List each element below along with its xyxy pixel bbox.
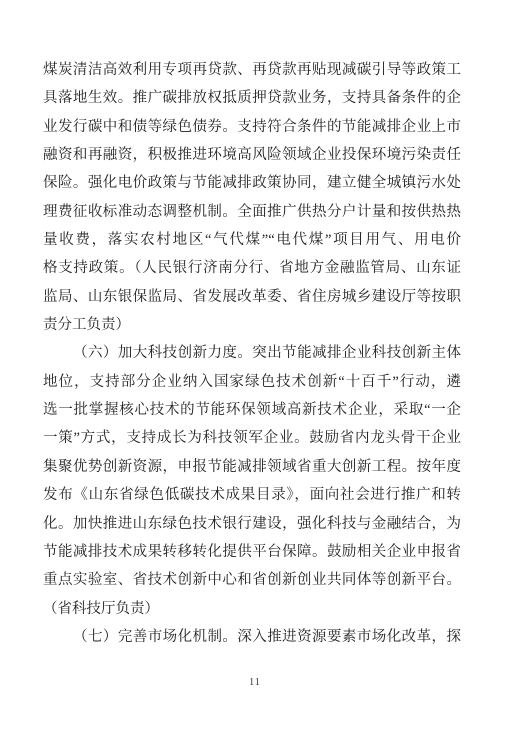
text-line: 监局、山东银保监局、省发展改革委、省住房城乡建设厅等按职 — [43, 283, 461, 311]
text-line: 保险。强化电价政策与节能减排政策协同，建立健全城镇污水处 — [43, 169, 461, 197]
text-line: 业发行碳中和债等绿色债券。支持符合条件的节能减排企业上市 — [43, 113, 461, 141]
text-line: 节能减排技术成果转移转化提供平台保障。鼓励相关企业申报省 — [43, 538, 461, 566]
page-number: 11 — [0, 677, 510, 688]
text-line: 融资和再融资，积极推进环境高风险领域企业投保环境污染责任 — [43, 141, 461, 169]
text-line: 格支持政策。（人民银行济南分行、省地方金融监管局、山东证 — [43, 254, 461, 282]
text-line: （六）加大科技创新力度。突出节能减排企业科技创新主体 — [43, 339, 461, 367]
text-line: 发布《山东省绿色低碳技术成果目录》，面向社会进行推广和转 — [43, 481, 461, 509]
text-line: 化。加快推进山东绿色技术银行建设，强化科技与金融结合，为 — [43, 510, 461, 538]
text-line: 集聚优势创新资源，申报节能减排领域省重大创新工程。按年度 — [43, 453, 461, 481]
text-line: 选一批掌握核心技术的节能环保领域高新技术企业，采取“一企 — [43, 396, 461, 424]
document-body: 煤炭清洁高效利用专项再贷款、再贷款再贴现减碳引导等政策工具落地生效。推广碳排放权… — [43, 56, 461, 651]
text-line: （七）完善市场化机制。深入推进资源要素市场化改革，探 — [43, 623, 461, 651]
text-line: 重点实验室、省技术创新中心和省创新创业共同体等创新平台。 — [43, 566, 461, 594]
text-line: 煤炭清洁高效利用专项再贷款、再贷款再贴现减碳引导等政策工 — [43, 56, 461, 84]
text-line: 具落地生效。推广碳排放权抵质押贷款业务，支持具备条件的企 — [43, 84, 461, 112]
text-line: 责分工负责） — [43, 311, 461, 339]
text-line: （省科技厅负责） — [43, 595, 461, 623]
text-line: 地位，支持部分企业纳入国家绿色技术创新“十百千”行动，遴 — [43, 368, 461, 396]
text-line: 理费征收标准动态调整机制。全面推广供热分户计量和按供热热 — [43, 198, 461, 226]
text-line: 量收费，落实农村地区“气代煤”“电代煤”项目用气、用电价 — [43, 226, 461, 254]
text-line: 一策”方式，支持成长为科技领军企业。鼓励省内龙头骨干企业 — [43, 424, 461, 452]
document-page: 煤炭清洁高效利用专项再贷款、再贷款再贴现减碳引导等政策工具落地生效。推广碳排放权… — [0, 0, 510, 739]
